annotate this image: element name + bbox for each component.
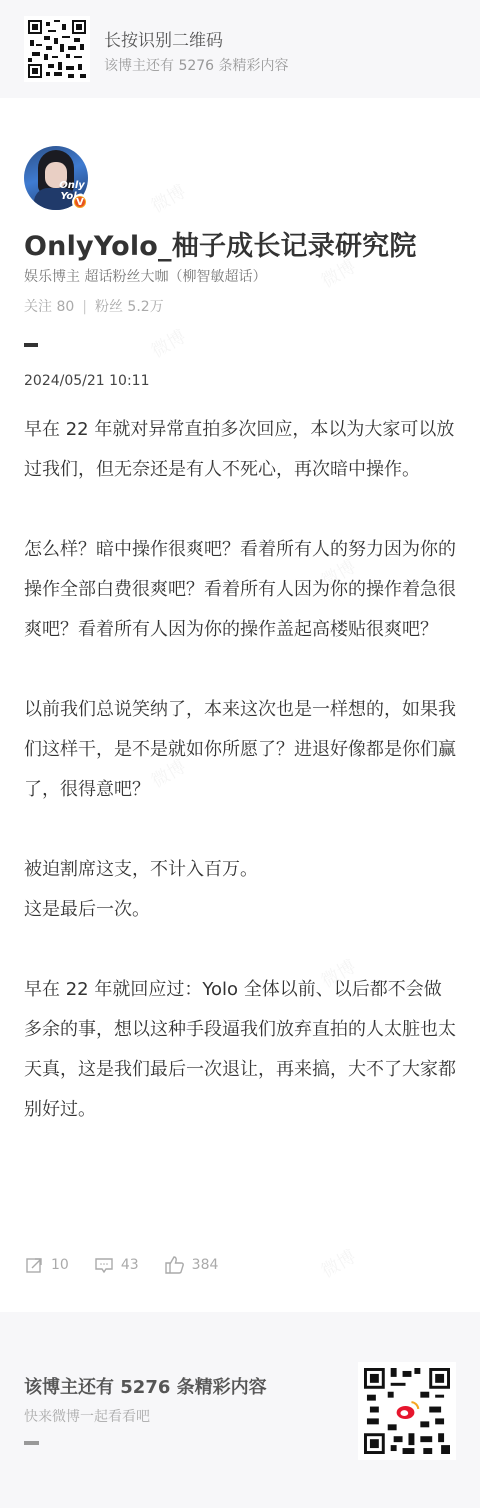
post-paragraph: 被迫割席这支，不计入百万。 (24, 850, 456, 890)
post-content: 早在 22 年就对异常直拍多次回应，本以为大家可以放过我们，但无奈还是有人不死心… (24, 410, 456, 1170)
watermark: 微博 (146, 323, 190, 364)
qr-code-icon (28, 20, 86, 78)
post-paragraph: 早在 22 年就回应过：Yolo 全体以前、以后都不会做多余的事，想以这种手段逼… (24, 970, 456, 1130)
qr-code-top[interactable] (24, 16, 90, 82)
qr-banner-subtitle: 该博主还有 5276 条精彩内容 (104, 55, 289, 75)
post-paragraph: 早在 22 年就对异常直拍多次回应，本以为大家可以放过我们，但无奈还是有人不死心… (24, 410, 456, 490)
bottom-divider (24, 1441, 39, 1445)
comment-button[interactable]: 43 (95, 1257, 139, 1274)
repost-button[interactable]: 10 (26, 1257, 69, 1274)
followers-count[interactable]: 粉丝 5.2万 (95, 299, 164, 315)
post-actions: 10 43 384 (26, 1256, 244, 1274)
verified-badge-icon: V (72, 194, 88, 210)
qr-code-icon (364, 1368, 450, 1454)
profile-description: 娱乐博主 超话粉丝大咖（柳智敏超话） (24, 266, 266, 286)
qr-banner-title: 长按识别二维码 (104, 26, 223, 51)
watermark: 微博 (316, 1243, 360, 1284)
comment-icon (95, 1257, 113, 1274)
profile-stats: 关注 80|粉丝 5.2万 (24, 296, 164, 316)
bottom-banner-subtitle: 快来微博一起看看吧 (24, 1406, 150, 1426)
like-button[interactable]: 384 (165, 1256, 219, 1274)
post-paragraph: 以前我们总说笑纳了，本来这次也是一样想的，如果我们这样干，是不是就如你所愿了？进… (24, 690, 456, 810)
post-date: 2024/05/21 10:11 (24, 373, 150, 389)
like-count: 384 (192, 1257, 219, 1273)
repost-count: 10 (51, 1257, 69, 1273)
qr-code-bottom[interactable] (358, 1362, 456, 1460)
comment-count: 43 (121, 1257, 139, 1273)
post-paragraph: 怎么样？暗中操作很爽吧？看着所有人的努力因为你的操作全部白费很爽吧？看着所有人因… (24, 530, 456, 650)
repost-icon (26, 1257, 43, 1274)
section-divider (24, 343, 38, 347)
profile-name[interactable]: OnlyYolo_柚子成长记录研究院 (24, 224, 417, 263)
post-paragraph: 这是最后一次。 (24, 890, 456, 930)
watermark: 微博 (146, 178, 190, 219)
bottom-banner-title: 该博主还有 5276 条精彩内容 (24, 1373, 267, 1399)
thumbs-up-icon (165, 1256, 184, 1274)
following-count[interactable]: 关注 80 (24, 299, 74, 315)
stats-separator: | (82, 299, 87, 315)
